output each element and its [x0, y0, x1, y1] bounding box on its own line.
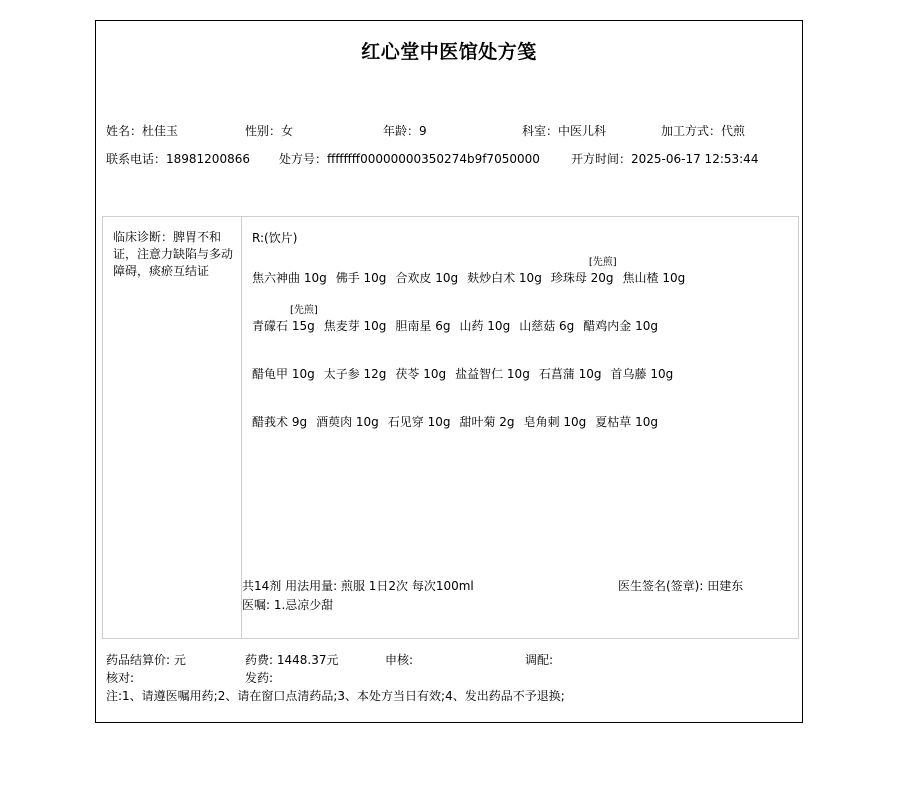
herb-item: 焦山楂 10g [623, 269, 686, 286]
clinical-diagnosis: 临床诊断：脾胃不和证，注意力缺陷与多动障碍，痰瘀互结证 [113, 229, 235, 280]
herb-item: 石菖蒲 10g [539, 365, 602, 382]
herb-item: 醋鸡内金 10g [583, 317, 658, 334]
herb-item: 佛手 10g [336, 269, 387, 286]
herb-item: 醋龟甲 10g [252, 365, 315, 382]
herb-item: 焦麦芽 10g [324, 317, 387, 334]
herb-name-dose: 皂角刺 10g [524, 415, 587, 429]
herb-name-dose: 佛手 10g [336, 271, 387, 285]
prescription-table: 临床诊断：脾胃不和证，注意力缺陷与多动障碍，痰瘀互结证 R:(饮片) 焦六神曲 … [102, 216, 799, 639]
page-title: 红心堂中医馆处方笺 [96, 37, 802, 64]
check-label: 核对: [106, 669, 134, 686]
review-label: 申核: [385, 651, 413, 668]
herb-name-dose: 夏枯草 10g [595, 415, 658, 429]
herb-item: 醋莪术 9g [252, 413, 307, 430]
herb-name-dose: 焦麦芽 10g [324, 319, 387, 333]
herb-name-dose: 石菖蒲 10g [539, 367, 602, 381]
herb-name-dose: 甜叶菊 2g [459, 415, 514, 429]
drug-fee: 药费: 1448.37元 [245, 651, 338, 668]
rx-column: R:(饮片) 焦六神曲 10g佛手 10g合欢皮 10g麸炒白术 10g珍珠母 … [242, 217, 798, 638]
rx-time: 开方时间：2025-06-17 12:53:44 [571, 150, 758, 167]
herb-name-dose: 合欢皮 10g [395, 271, 458, 285]
patient-name: 姓名：杜佳玉 [106, 122, 178, 139]
herb-item: 珍珠母 20g[先煎] [551, 269, 614, 286]
herb-name-dose: 胆南星 6g [395, 319, 450, 333]
herb-row: 醋龟甲 10g太子参 12g茯苓 10g盐益智仁 10g石菖蒲 10g首乌藤 1… [252, 365, 682, 382]
medical-advice: 医嘱: 1.忌凉少甜 [242, 596, 333, 613]
settlement-price: 药品结算价: 元 [106, 651, 186, 668]
herb-row: 焦六神曲 10g佛手 10g合欢皮 10g麸炒白术 10g珍珠母 20g[先煎]… [252, 269, 694, 286]
rx-number: 处方号：ffffffff00000000350274b9f7050000 [279, 150, 540, 167]
rx-header: R:(饮片) [252, 229, 297, 246]
herb-name-dose: 焦六神曲 10g [252, 271, 327, 285]
herb-item: 山慈菇 6g [519, 317, 574, 334]
patient-age: 年龄：9 [383, 122, 427, 139]
herb-row: 醋莪术 9g酒萸肉 10g石见穿 10g甜叶菊 2g皂角刺 10g夏枯草 10g [252, 413, 667, 430]
herb-row: 青礞石 15g[先煎]焦麦芽 10g胆南星 6g山药 10g山慈菇 6g醋鸡内金… [252, 317, 667, 334]
issue-label: 发药: [245, 669, 273, 686]
herb-name-dose: 麸炒白术 10g [467, 271, 542, 285]
herb-name-dose: 酒萸肉 10g [316, 415, 379, 429]
herb-item: 夏枯草 10g [595, 413, 658, 430]
herb-note: [先煎] [589, 253, 617, 268]
doctor-signature: 医生签名(签章): 田建东 [618, 577, 743, 594]
prescription-sheet: 红心堂中医馆处方笺 姓名：杜佳玉 性别：女 年龄：9 科室：中医儿科 加工方式：… [95, 20, 803, 723]
herb-item: 合欢皮 10g [395, 269, 458, 286]
dosage-instructions: 共14剂 用法用量: 煎服 1日2次 每次100ml [242, 577, 474, 594]
herb-item: 石见穿 10g [388, 413, 451, 430]
herb-item: 茯苓 10g [395, 365, 446, 382]
herb-name-dose: 焦山楂 10g [623, 271, 686, 285]
herb-name-dose: 盐益智仁 10g [455, 367, 530, 381]
notice: 注:1、请遵医嘱用药;2、请在窗口点清药品;3、本处方当日有效;4、发出药品不予… [106, 687, 565, 704]
phone: 联系电话：18981200866 [106, 150, 250, 167]
herb-name-dose: 青礞石 15g [252, 319, 315, 333]
herb-name-dose: 醋鸡内金 10g [583, 319, 658, 333]
herb-item: 麸炒白术 10g [467, 269, 542, 286]
patient-gender: 性别：女 [245, 122, 293, 139]
herb-name-dose: 石见穿 10g [388, 415, 451, 429]
herb-item: 甜叶菊 2g [459, 413, 514, 430]
herb-name-dose: 太子参 12g [324, 367, 387, 381]
herb-name-dose: 珍珠母 20g [551, 271, 614, 285]
herb-name-dose: 山药 10g [459, 319, 510, 333]
herb-item: 首乌藤 10g [611, 365, 674, 382]
herb-item: 酒萸肉 10g [316, 413, 379, 430]
dispense-label: 调配: [525, 651, 553, 668]
herb-name-dose: 首乌藤 10g [611, 367, 674, 381]
herb-item: 焦六神曲 10g [252, 269, 327, 286]
herb-name-dose: 醋龟甲 10g [252, 367, 315, 381]
herb-note: [先煎] [290, 301, 318, 316]
processing-method: 加工方式：代煎 [661, 122, 745, 139]
herb-item: 皂角刺 10g [524, 413, 587, 430]
herb-item: 盐益智仁 10g [455, 365, 530, 382]
herb-name-dose: 茯苓 10g [395, 367, 446, 381]
herb-name-dose: 醋莪术 9g [252, 415, 307, 429]
herb-name-dose: 山慈菇 6g [519, 319, 574, 333]
herb-item: 太子参 12g [324, 365, 387, 382]
herb-item: 胆南星 6g [395, 317, 450, 334]
department: 科室：中医儿科 [522, 122, 606, 139]
diagnosis-column: 临床诊断：脾胃不和证，注意力缺陷与多动障碍，痰瘀互结证 [103, 217, 242, 638]
herb-item: 青礞石 15g[先煎] [252, 317, 315, 334]
herb-item: 山药 10g [459, 317, 510, 334]
